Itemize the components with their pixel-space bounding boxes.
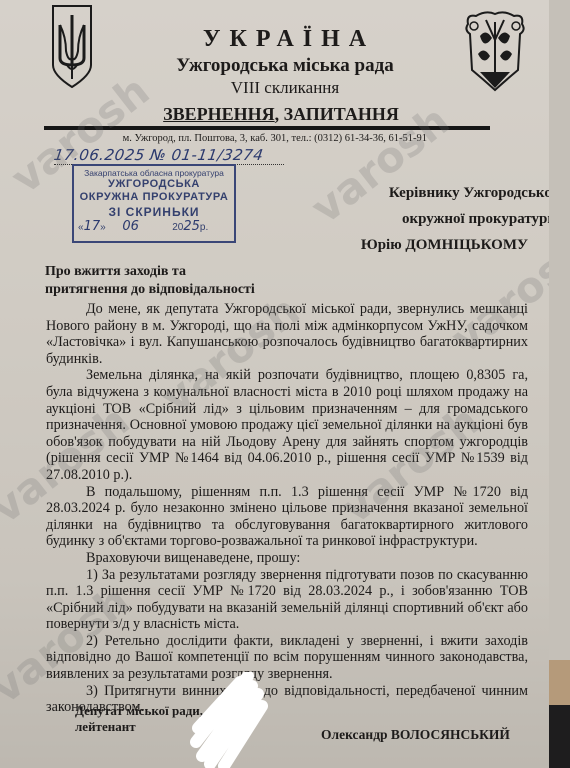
addressee-name: Юрію ДОМНІЦЬКОМУ	[300, 232, 549, 258]
council-name: Ужгородська міська рада	[0, 55, 549, 77]
page-edge	[549, 0, 570, 660]
document-type: ЗВЕРНЕННЯ, ЗАПИТАННЯ	[0, 104, 549, 125]
document-type-primary: ЗВЕРНЕННЯ	[163, 104, 275, 124]
document-page: УКРАЇНА Ужгородська міська рада VIII скл…	[0, 0, 549, 768]
stamp-year-suffix: 25	[183, 219, 200, 234]
position-line1: Депутат міської ради,	[75, 703, 203, 719]
stamp-region: Закарпатська обласна прокуратура	[74, 168, 234, 178]
stamp-date: «17» 06 2025р.	[78, 219, 230, 234]
paragraph-land-plot: Земельна ділянка, на якій розпочати буді…	[46, 367, 528, 483]
redacted-signature	[188, 672, 268, 768]
stamp-source: ЗІ СКРИНЬКИ	[74, 205, 234, 219]
position-line2: лейтенант	[75, 719, 203, 735]
request-item-1: 1) За результатами розгляду звернення пі…	[46, 567, 528, 633]
request-item-2: 2) Ретельно дослідити факти, викладені у…	[46, 633, 528, 683]
subject-line1: Про вжиття заходів та	[45, 263, 255, 281]
desk-surface	[549, 660, 570, 705]
country-title: УКРАЇНА	[4, 26, 549, 53]
convocation: VIII скликання	[0, 78, 549, 98]
signatory-name: Олександр ВОЛОСЯНСЬКИЙ	[321, 727, 510, 743]
stamp-office-line1: УЖГОРОДСЬКА	[74, 178, 234, 191]
registration-number: 17.06.2025 № 01-11/3274	[53, 146, 265, 164]
stamp-year-unit: р.	[200, 222, 208, 233]
subject-heading: Про вжиття заходів та притягнення до від…	[45, 263, 255, 299]
stamp-month: 06	[122, 219, 139, 234]
receipt-stamp: Закарпатська обласна прокуратура УЖГОРОД…	[72, 164, 236, 243]
dark-background	[549, 705, 570, 768]
stamp-year-prefix: 20	[172, 222, 183, 233]
addressee-line2: окружної прокуратури	[300, 206, 549, 232]
addressee-line1: Керівнику Ужгородської	[300, 180, 549, 206]
paragraph-request-intro: Враховуючи вищенаведене, прошу:	[46, 550, 528, 567]
stamp-day: 17	[84, 219, 101, 234]
paragraph-intro: До мене, як депутата Ужгородської місько…	[46, 301, 528, 367]
address-text: м. Ужгород, пл. Поштова, 3, каб. 301, те…	[123, 133, 427, 144]
header-divider	[44, 126, 490, 130]
signatory-position: Депутат міської ради, лейтенант	[75, 703, 203, 735]
subject-line2: притягнення до відповідальності	[45, 281, 255, 299]
council-address: м. Ужгород, пл. Поштова, 3, каб. 301, те…	[0, 133, 545, 144]
document-type-secondary: , ЗАПИТАННЯ	[275, 104, 399, 124]
addressee-block: Керівнику Ужгородської окружної прокурат…	[300, 180, 549, 258]
paragraph-change-purpose: В подальшому, рішенням п.п. 1.3 рішення …	[46, 484, 528, 550]
stamp-office-line2: ОКРУЖНА ПРОКУРАТУРА	[74, 191, 234, 204]
letter-body: До мене, як депутата Ужгородської місько…	[46, 301, 528, 716]
